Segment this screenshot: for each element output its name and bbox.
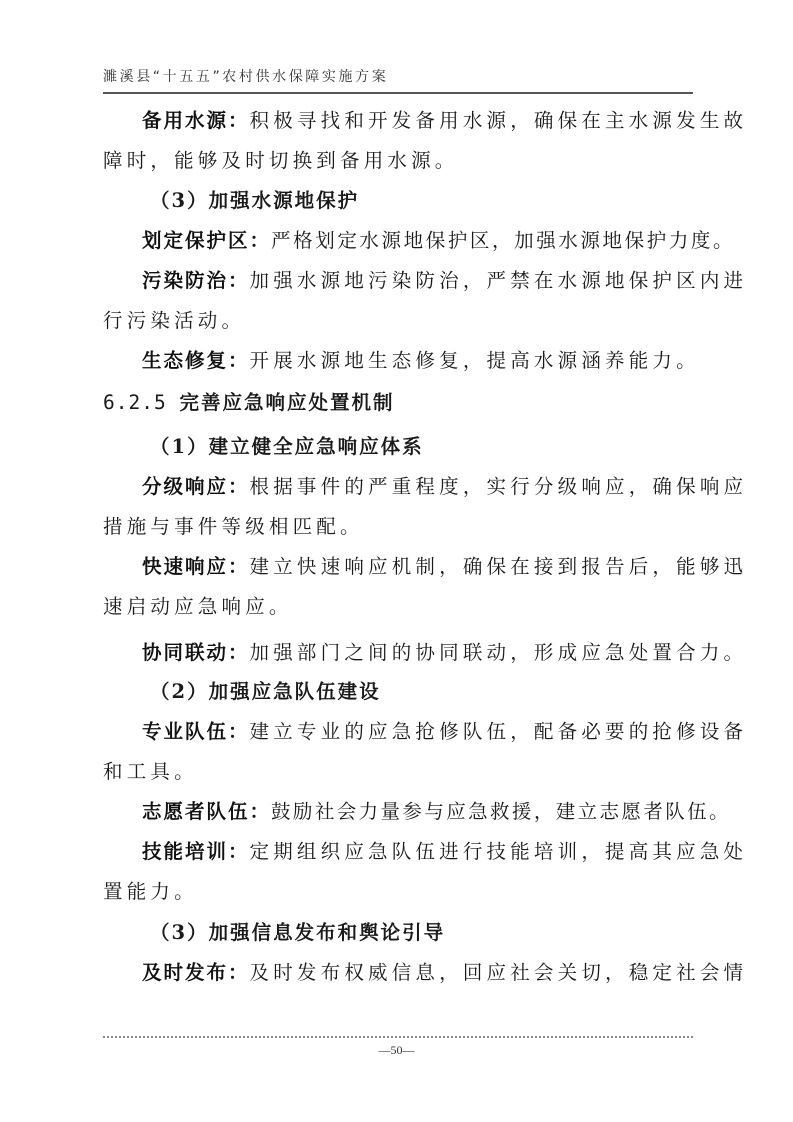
paragraph-tiered-response: 分级响应：根据事件的严重程度，实行分级响应，确保响应 [142,474,747,500]
paragraph-continuation: 置能力。 [103,879,198,905]
document-title: 濉溪县“十五五”农村供水保障实施方案 [103,66,388,88]
paragraph-text: 定期组织应急队伍进行技能培训，提高其应急处 [250,840,748,863]
term-label: 生态修复 [142,349,228,372]
footer-divider [103,1036,693,1038]
term-label: 志愿者队伍 [142,800,250,823]
paragraph-ecological-restoration: 生态修复：开展水源地生态修复，提高水源涵养能力。 [142,348,700,374]
paragraph-timely-release: 及时发布：及时发布权威信息，回应社会关切，稳定社会情 [142,960,747,986]
paragraph-continuation: 障时，能够及时切换到备用水源。 [103,148,459,174]
page-header: 濉溪县“十五五”农村供水保障实施方案 [103,66,693,94]
term-label: 快速响应 [142,555,228,578]
paragraph-continuation: 行污染活动。 [103,308,245,334]
paragraph-text: 加强水源地污染防治，严禁在水源地保护区内进 [250,269,748,292]
paragraph-backup-water-source: 备用水源：积极寻找和开发备用水源，确保在主水源发生故 [142,108,747,134]
paragraph-text: 加强部门之间的协同联动，形成应急处置合力。 [250,641,748,664]
paragraph-professional-team: 专业队伍：建立专业的应急抢修队伍，配备必要的抢修设备 [142,719,747,745]
subheading-emergency-team: （2）加强应急队伍建设 [150,679,381,705]
paragraph-text: 开展水源地生态修复，提高水源涵养能力。 [250,349,700,372]
paragraph-text: 积极寻找和开发备用水源，确保在主水源发生故 [250,109,748,132]
subheading-water-source-protection: （3）加强水源地保护 [150,188,359,214]
page-number: —50— [0,1043,793,1058]
term-label: 专业队伍 [142,720,228,743]
subheading-information-release: （3）加强信息发布和舆论引导 [150,920,445,946]
term-label: 划定保护区 [142,229,250,252]
term-label: 及时发布 [142,961,228,984]
paragraph-text: 鼓励社会力量参与应急救援，建立志愿者队伍。 [271,800,731,823]
section-title: 完善应急响应处置机制 [179,391,394,414]
section-number: 6.2.5 [103,391,167,414]
paragraph-continuation: 和工具。 [103,759,198,785]
paragraph-text: 严格划定水源地保护区，加强水源地保护力度。 [271,229,735,252]
term-label: 备用水源 [142,109,228,132]
paragraph-protection-zone: 划定保护区：严格划定水源地保护区，加强水源地保护力度。 [142,228,735,254]
paragraph-coordinated-action: 协同联动：加强部门之间的协同联动，形成应急处置合力。 [142,640,747,666]
paragraph-text: 及时发布权威信息，回应社会关切，稳定社会情 [250,961,748,984]
paragraph-text: 建立快速响应机制，确保在接到报告后，能够迅 [250,555,748,578]
paragraph-skills-training: 技能培训：定期组织应急队伍进行技能培训，提高其应急处 [142,839,747,865]
paragraph-volunteer-team: 志愿者队伍：鼓励社会力量参与应急救援，建立志愿者队伍。 [142,799,731,825]
paragraph-text: 建立专业的应急抢修队伍，配备必要的抢修设备 [250,720,748,743]
paragraph-pollution-control: 污染防治：加强水源地污染防治，严禁在水源地保护区内进 [142,268,747,294]
term-label: 协同联动 [142,641,228,664]
term-label: 分级响应 [142,475,228,498]
term-label: 污染防治 [142,269,228,292]
paragraph-continuation: 措施与事件等级相匹配。 [103,514,364,540]
paragraph-continuation: 速启动应急响应。 [103,594,293,620]
term-label: 技能培训 [142,840,228,863]
subheading-emergency-response-system: （1）建立健全应急响应体系 [150,434,424,460]
paragraph-text: 根据事件的严重程度，实行分级响应，确保响应 [250,475,748,498]
section-heading-6-2-5: 6.2.5 完善应急响应处置机制 [103,390,394,416]
paragraph-rapid-response: 快速响应：建立快速响应机制，确保在接到报告后，能够迅 [142,554,747,580]
